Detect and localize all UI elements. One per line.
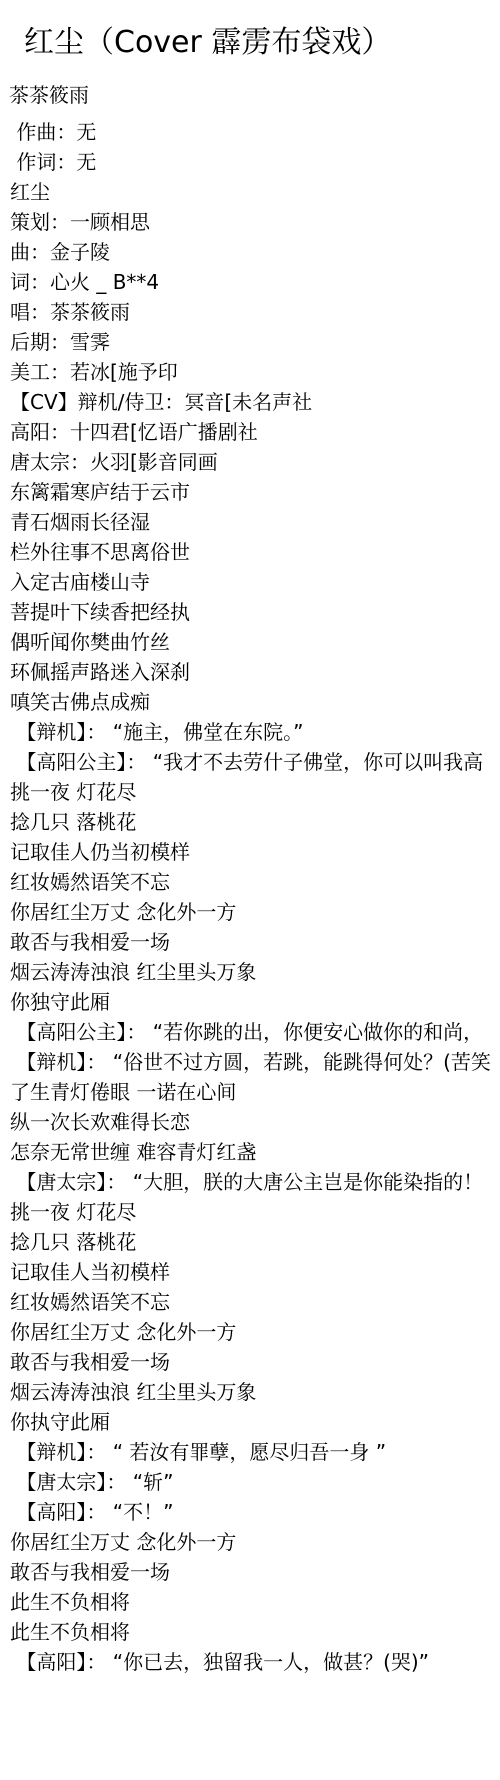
- text-line: 偶听闻你樊曲竹丝: [0, 627, 500, 657]
- text-line: 你执守此厢: [0, 1407, 500, 1437]
- text-line: 作词：无: [0, 147, 500, 177]
- text-line: 捻几只 落桃花: [0, 807, 500, 837]
- text-line: 你居红尘万丈 念化外一方: [0, 1527, 500, 1557]
- artist-name: 茶茶筱雨: [0, 83, 500, 108]
- text-line: 挑一夜 灯花尽: [0, 1197, 500, 1227]
- text-line: 了生青灯倦眼 一诺在心间: [0, 1077, 500, 1107]
- text-line: 嗔笑古佛点成痴: [0, 687, 500, 717]
- text-line: 捻几只 落桃花: [0, 1227, 500, 1257]
- text-line: 词：心火 _ B**4: [0, 267, 500, 297]
- text-line: 烟云涛涛浊浪 红尘里头万象: [0, 957, 500, 987]
- text-line: 策划：一顾相思: [0, 207, 500, 237]
- text-line: 红妆嫣然语笑不忘: [0, 867, 500, 897]
- text-line: 【CV】辩机/侍卫：冥音[未名声社: [0, 387, 500, 417]
- text-line: 【唐太宗】： “大胆，朕的大唐公主岂是你能染指的！: [0, 1167, 500, 1197]
- text-line: 美工：若冰[施予印: [0, 357, 500, 387]
- text-line: 【高阳】： “你已去，独留我一人，做甚？(哭)”: [0, 1647, 500, 1677]
- text-line: 烟云涛涛浊浪 红尘里头万象: [0, 1377, 500, 1407]
- text-line: 纵一次长欢难得长恋: [0, 1107, 500, 1137]
- text-line: 【高阳公主】： “我才不去劳什子佛堂，你可以叫我高: [0, 747, 500, 777]
- text-line: 作曲：无: [0, 117, 500, 147]
- text-line: 敢否与我相爱一场: [0, 1557, 500, 1587]
- text-line: 入定古庙楼山寺: [0, 567, 500, 597]
- text-line: 怎奈无常世缠 难容青灯红盏: [0, 1137, 500, 1167]
- text-line: 栏外往事不思离俗世: [0, 537, 500, 567]
- text-line: 【辩机】： “施主，佛堂在东院。”: [0, 717, 500, 747]
- text-line: 青石烟雨长径湿: [0, 507, 500, 537]
- text-line: 【高阳】： “不！”: [0, 1497, 500, 1527]
- lyrics-page: 红尘（Cover 霹雳布袋戏） 茶茶筱雨 作曲：无 作词：无红尘策划：一顾相思曲…: [0, 0, 500, 1780]
- text-line: 菩提叶下续香把经执: [0, 597, 500, 627]
- text-line: 东篱霜寒庐结于云市: [0, 477, 500, 507]
- text-line: 此生不负相将: [0, 1617, 500, 1647]
- text-line: 你居红尘万丈 念化外一方: [0, 897, 500, 927]
- text-line: 高阳：十四君[忆语广播剧社: [0, 417, 500, 447]
- text-line: 环佩摇声路迷入深刹: [0, 657, 500, 687]
- song-title: 红尘（Cover 霹雳布袋戏）: [0, 20, 500, 63]
- text-line: 敢否与我相爱一场: [0, 927, 500, 957]
- text-line: 曲：金子陵: [0, 237, 500, 267]
- text-line: 【唐太宗】： “斩”: [0, 1467, 500, 1497]
- text-line: 你居红尘万丈 念化外一方: [0, 1317, 500, 1347]
- text-line: 此生不负相将: [0, 1587, 500, 1617]
- text-line: 唐太宗：火羽[影音同画: [0, 447, 500, 477]
- text-line: 记取佳人仍当初模样: [0, 837, 500, 867]
- text-line: 挑一夜 灯花尽: [0, 777, 500, 807]
- text-line: 后期：雪霁: [0, 327, 500, 357]
- text-line: 【辩机】： “ 若汝有罪孽，愿尽归吾一身 ”: [0, 1437, 500, 1467]
- text-line: 红尘: [0, 177, 500, 207]
- text-line: 【辩机】： “俗世不过方圆，若跳，能跳得何处？(苦笑: [0, 1047, 500, 1077]
- text-line: 唱：茶茶筱雨: [0, 297, 500, 327]
- lyrics-block: 作曲：无 作词：无红尘策划：一顾相思曲：金子陵词：心火 _ B**4唱：茶茶筱雨…: [0, 117, 500, 1677]
- text-line: 你独守此厢: [0, 987, 500, 1017]
- text-line: 记取佳人当初模样: [0, 1257, 500, 1287]
- text-line: 敢否与我相爱一场: [0, 1347, 500, 1377]
- text-line: 红妆嫣然语笑不忘: [0, 1287, 500, 1317]
- text-line: 【高阳公主】： “若你跳的出，你便安心做你的和尚，: [0, 1017, 500, 1047]
